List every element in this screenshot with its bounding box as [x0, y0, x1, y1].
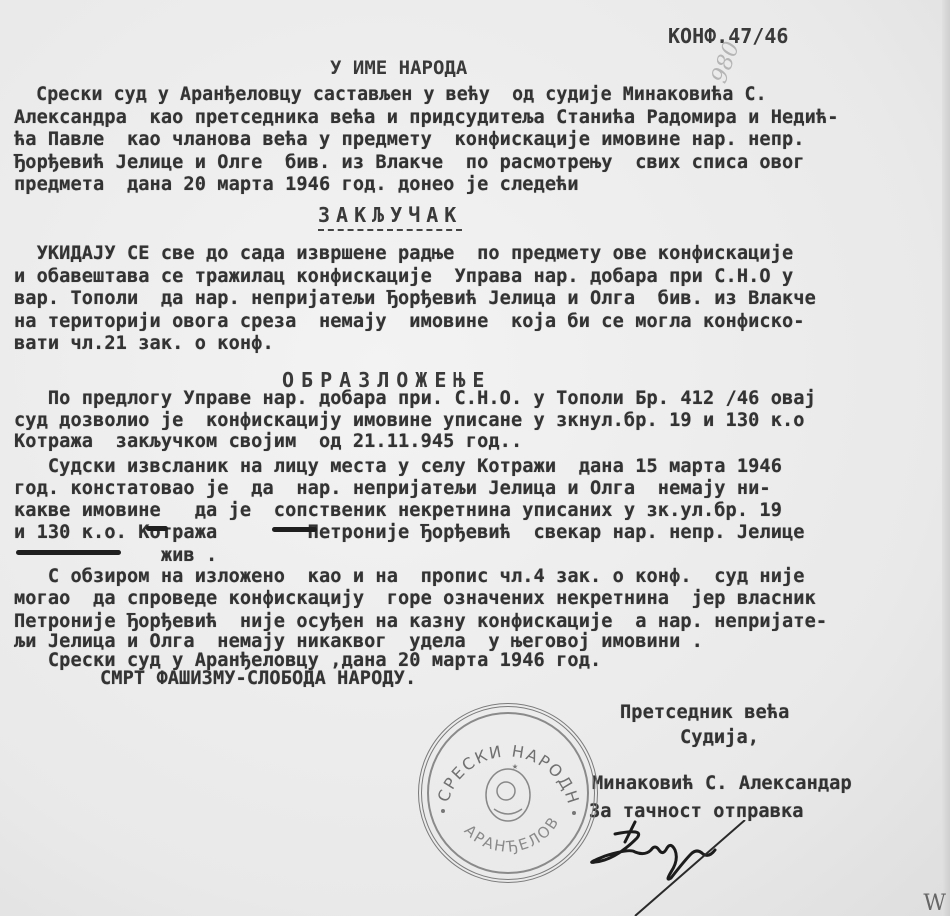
typed-line: Ђорђевић Јелице и Олге бив. из Влакче по…	[14, 152, 805, 173]
typed-line: жив .	[14, 545, 217, 566]
page-edge	[942, 0, 950, 916]
typed-line: какве имовине да је сопственик некретнин…	[14, 500, 782, 521]
stamp-graphic: СРЕСКИ НАРОДНИ СУД АРАНЂЕЛОВАЦ ★	[418, 703, 598, 883]
typed-line: Судски извсланик на лицу места у селу Ко…	[14, 456, 782, 477]
typed-line: Петроније Ђорђевић није осуђен на казну …	[14, 611, 827, 632]
typed-line: вати чл.21 зак. о конф.	[14, 333, 274, 354]
typed-line: Котража закључком својим од 21.11.945 го…	[14, 431, 522, 452]
corner-handwritten-mark: W	[923, 891, 946, 916]
typed-line: год. констатовао је да нар. непријатељи …	[14, 478, 771, 499]
typed-line: могао да спроведе конфискацију горе озна…	[14, 588, 816, 609]
header-in-name-of-people: У ИМЕ НАРОДА	[330, 57, 467, 79]
typed-line: и 130 к.о. Котража Петроније Ђорђевић св…	[14, 522, 805, 543]
signature-name: Минаковић С. Александар	[592, 773, 852, 794]
typed-line: С обзиром на изложено као и на пропис чл…	[14, 566, 805, 587]
slogan: СМРТ ФАШИЗМУ-СЛОБОДА НАРОДУ.	[100, 668, 416, 689]
typed-line: УКИДАЈУ СЕ све до сада извршене радње по…	[14, 243, 793, 264]
svg-text:★: ★	[512, 761, 518, 772]
typed-line: љи Јелица и Олга немају никаквог удела у…	[14, 631, 703, 652]
coat-of-arms-icon: ★	[486, 761, 530, 821]
decision-title: ЗАКЉУЧАК	[318, 203, 462, 231]
handwritten-signature	[575, 820, 775, 916]
signature-title: Судија,	[680, 727, 759, 748]
crossed-out-words	[16, 550, 121, 555]
document-page: КОНФ.47/46 980 У ИМЕ НАРОДА Срески суд у…	[0, 0, 950, 916]
typed-line: По предлогу Управе нар. добара при. С.Н.…	[14, 388, 816, 409]
signature-role: Претседник већа	[620, 702, 789, 723]
court-stamp: СРЕСКИ НАРОДНИ СУД АРАНЂЕЛОВАЦ ★	[418, 703, 598, 883]
typed-line: суд дозволио је конфискацију имовине упи…	[14, 410, 805, 431]
svg-text:СРЕСКИ НАРОДНИ СУД: СРЕСКИ НАРОДНИ СУД	[418, 703, 583, 807]
typed-line: предмета дана 20 марта 1946 год. донео ј…	[14, 174, 579, 195]
typed-line: и обавештава се тражилац конфискације Уп…	[14, 266, 793, 287]
typed-line: вар. Тополи да нар. непријатељи Ђорђевић…	[14, 288, 816, 309]
typed-line: Срески суд у Аранђеловцу састављен у већ…	[14, 84, 767, 105]
crossed-out-mark	[146, 526, 168, 531]
typed-line: Александра као претседника већа и придсу…	[14, 107, 839, 128]
crossed-out-word	[272, 527, 317, 532]
typed-line: ћа Павле као чланова већа у предмету кон…	[14, 129, 805, 150]
typed-line: на територији овога среза немају имовине…	[14, 311, 805, 332]
certification-label: За тачност отправка	[589, 801, 804, 822]
